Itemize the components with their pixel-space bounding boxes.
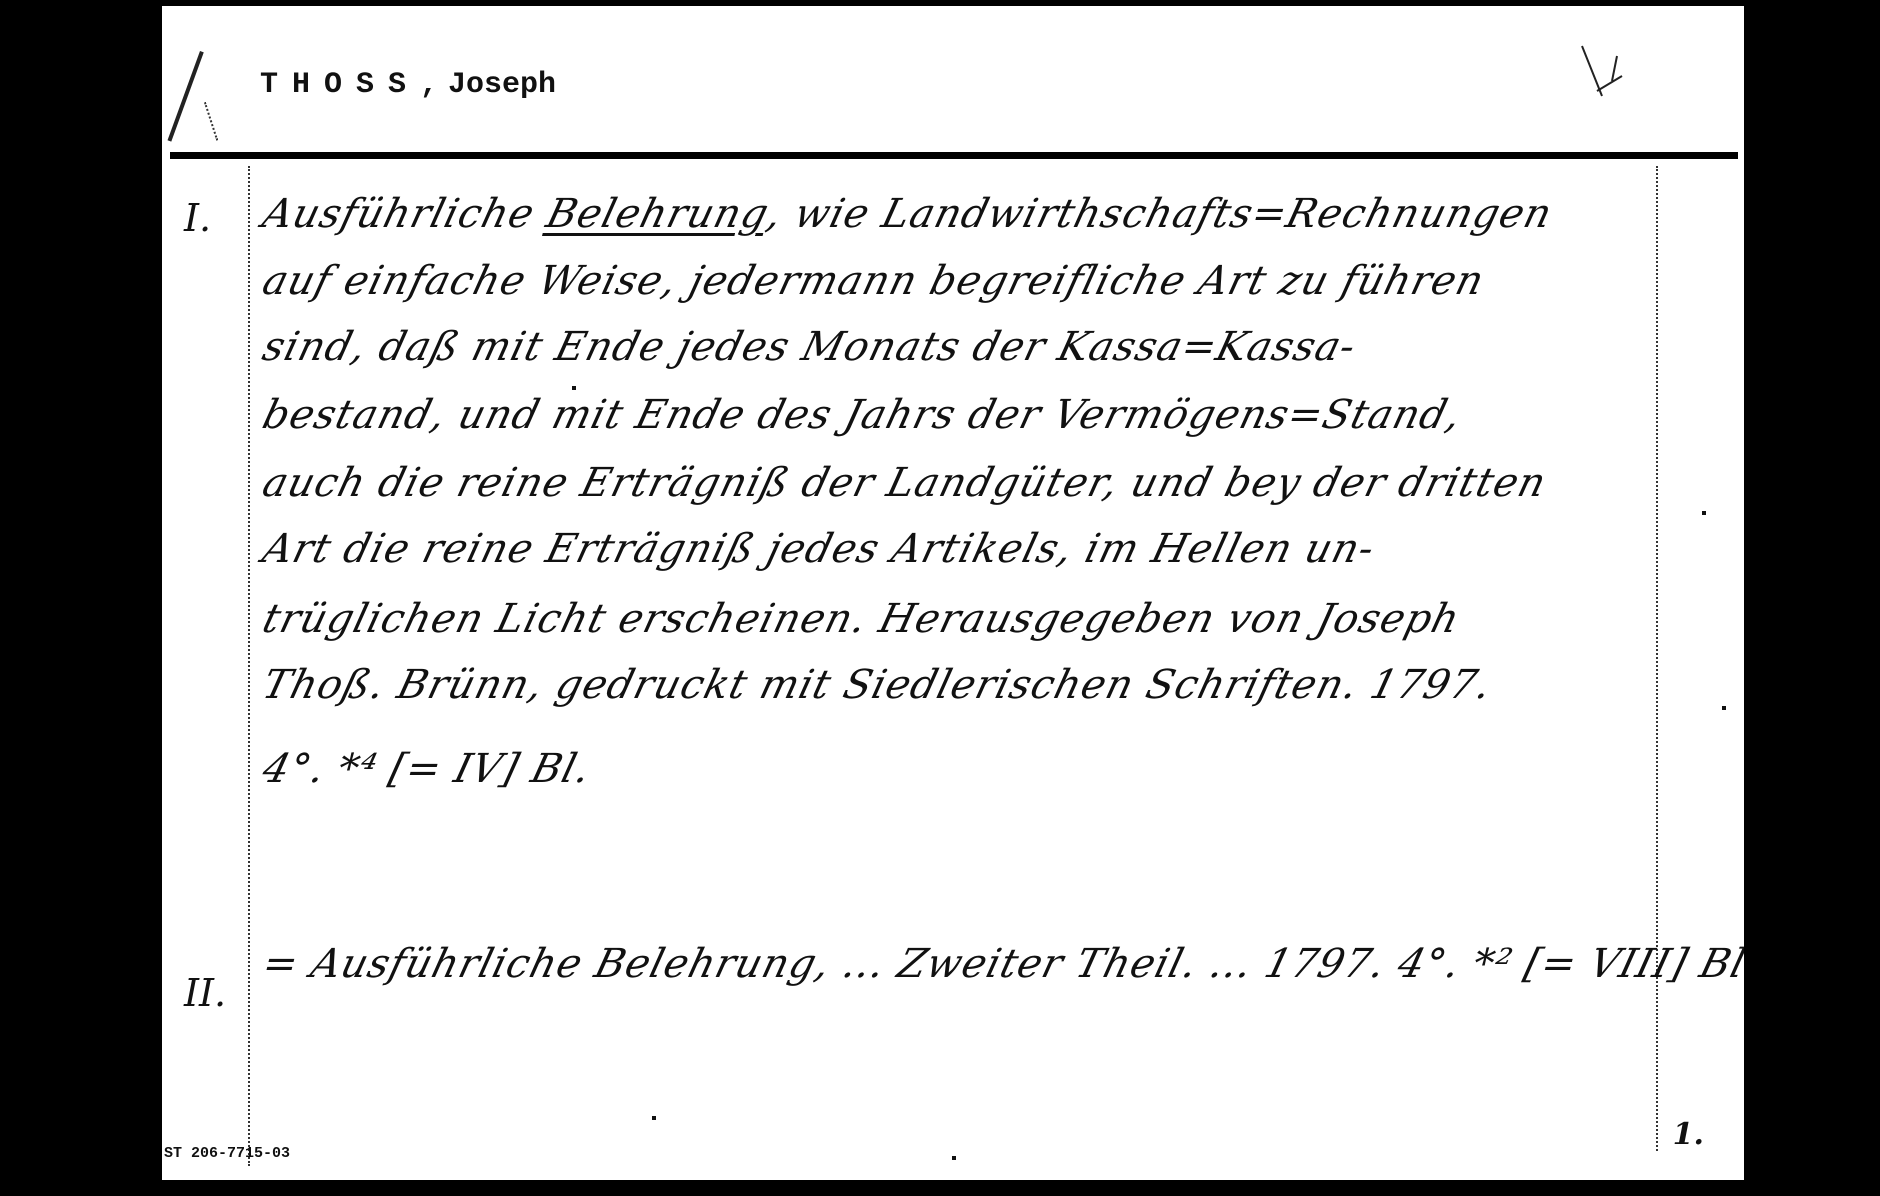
right-margin-line — [1656, 166, 1658, 1151]
handwritten-text: Ausführliche Belehrung, wie Landwirthsch… — [258, 191, 1557, 237]
section-1-line-5: auch die reine Erträgniß der Landgüter, … — [258, 460, 1551, 506]
left-margin-line — [248, 166, 250, 1166]
scan-speck — [572, 386, 576, 390]
handwritten-text: = Ausführliche Belehrung, ... Zweiter Th… — [258, 941, 1744, 987]
handwritten-text: Art die reine Erträgniß jedes Artikels, … — [258, 526, 1380, 572]
pencil-loop-mark — [204, 101, 220, 140]
card-heading: THOSS,Joseph — [260, 68, 556, 108]
section-marker-1: I. — [184, 196, 211, 240]
section-1-line-3: sind, daß mit Ende jedes Monats der Kass… — [258, 324, 1361, 370]
scan-speck — [952, 1156, 956, 1160]
handwritten-text: Thoß. Brünn, gedruckt mit Siedlerischen … — [258, 662, 1497, 708]
section-2-line-1: = Ausführliche Belehrung, ... Zweiter Th… — [258, 941, 1744, 987]
handwritten-text: bestand, und mit Ende des Jahrs der Verm… — [258, 392, 1466, 438]
section-1-line-9: 4°. *⁴ [= IV] Bl. — [258, 746, 596, 792]
surname: THOSS — [260, 68, 420, 102]
section-1-line-2: auf einfache Weise, jedermann begreiflic… — [258, 258, 1489, 304]
card-reference-code: ST 206-7715-03 — [164, 1145, 290, 1162]
handwritten-text: trüglichen Licht erscheinen. Herausgegeb… — [258, 596, 1465, 642]
corner-pencil-mark — [1562, 36, 1642, 106]
section-1-line-7: trüglichen Licht erscheinen. Herausgegeb… — [258, 596, 1465, 642]
section-1-line-4: bestand, und mit Ende des Jahrs der Verm… — [258, 392, 1466, 438]
section-1-line-8: Thoß. Brünn, gedruckt mit Siedlerischen … — [258, 662, 1497, 708]
section-marker-2: II. — [184, 971, 226, 1015]
scan-speck — [652, 1116, 656, 1120]
heading-rule — [170, 152, 1738, 159]
section-1-line-1: Ausführliche Belehrung, wie Landwirthsch… — [258, 191, 1557, 237]
handwritten-text: auf einfache Weise, jedermann begreiflic… — [258, 258, 1489, 304]
scan-speck — [1722, 706, 1726, 710]
section-1-line-6: Art die reine Erträgniß jedes Artikels, … — [258, 526, 1380, 572]
card-page-number: 1. — [1673, 1117, 1704, 1152]
handwritten-text: sind, daß mit Ende jedes Monats der Kass… — [258, 324, 1361, 370]
handwritten-text: 4°. *⁴ [= IV] Bl. — [258, 746, 596, 792]
handwritten-text: auch die reine Erträgniß der Landgüter, … — [258, 460, 1551, 506]
heading-separator: , — [420, 68, 438, 102]
given-name: Joseph — [448, 68, 556, 102]
catalog-card: THOSS,Joseph I. Ausführliche Belehrung, … — [162, 6, 1744, 1180]
scan-speck — [1702, 511, 1706, 515]
underlined-word: Belehrung — [542, 191, 774, 237]
pencil-slash-mark — [168, 51, 204, 142]
